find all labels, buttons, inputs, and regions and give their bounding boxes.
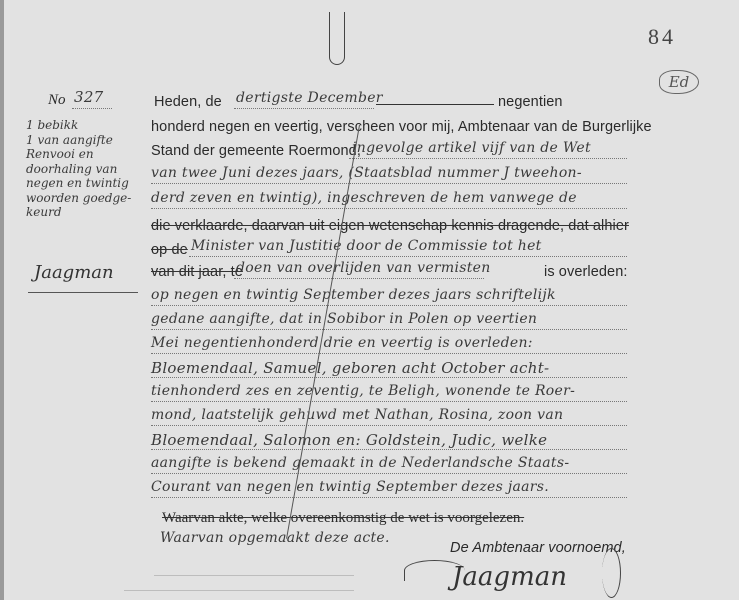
dotted-line (151, 401, 627, 402)
handwritten-text: Waarvan opgemaakt deze acte. (160, 530, 390, 546)
dotted-line (151, 208, 627, 209)
margin-note-line: doorhaling van (26, 162, 131, 177)
fill-line (376, 104, 494, 105)
handwritten-text: Minister van Justitie door de Commissie … (191, 238, 542, 254)
handwritten-text: doen van overlijden van vermisten (236, 260, 491, 276)
dotted-line (151, 377, 627, 378)
signature-flourish (602, 548, 621, 598)
signature-flourish (404, 560, 465, 581)
handwritten-text: Courant van negen en twintig September d… (151, 479, 549, 495)
dotted-line (151, 183, 627, 184)
official-signature: Jaagman (452, 562, 567, 592)
printed-text: Heden, de (154, 94, 222, 110)
handwritten-text: aangifte is bekend gemaakt in de Nederla… (151, 455, 569, 471)
margin-note-line: negen en twintig (26, 176, 131, 191)
handwritten-date: dertigste December (236, 90, 383, 106)
corner-initial-mark: Ed (659, 70, 699, 94)
margin-note-line: woorden goedge- (26, 191, 131, 206)
stamp-mark (329, 12, 345, 65)
margin-underline (28, 292, 138, 293)
printed-text: Stand der gemeente Roermond, (151, 143, 361, 159)
civil-registry-page: 84 Ed No 327 1 bebikk 1 van aangifte Ren… (4, 0, 739, 600)
handwritten-text: derd zeven en twintig), ingeschreven de … (151, 190, 577, 206)
record-label: No (48, 92, 66, 109)
handwritten-text: van twee Juni dezes jaars, (Staatsblad n… (151, 165, 582, 181)
margin-note: 1 bebikk 1 van aangifte Renvooi en doorh… (26, 118, 131, 220)
handwritten-text: Bloemendaal, Samuel, geboren acht Octobe… (151, 359, 549, 377)
dotted-line (151, 473, 627, 474)
dotted-line (151, 449, 627, 450)
handwritten-text: ingevolge artikel vijf van de Wet (352, 140, 591, 156)
record-number-line (72, 108, 112, 109)
handwritten-text: op negen en twintig September dezes jaar… (151, 287, 556, 303)
bleed-through-line (154, 575, 354, 576)
margin-note-line: Renvooi en (26, 147, 131, 162)
official-closing: De Ambtenaar voornoemd, (450, 540, 626, 556)
handwritten-text: Bloemendaal, Salomon en: Goldstein, Judi… (151, 431, 547, 449)
struck-printed-text: die verklaarde, daarvan uit eigen wetens… (151, 218, 629, 234)
dotted-line (234, 278, 484, 279)
handwritten-text: gedane aangifte, dat in Sobibor in Polen… (151, 311, 537, 327)
dotted-line (151, 305, 627, 306)
dotted-line (151, 425, 627, 426)
dotted-line (151, 329, 627, 330)
printed-text: honderd negen en veertig, verscheen voor… (151, 119, 652, 135)
margin-note-line: keurd (26, 205, 131, 220)
dotted-line (234, 108, 374, 109)
struck-printed-text: Waarvan akte, welke overeenkomstig de we… (162, 510, 524, 527)
margin-note-signature: Jaagman (34, 262, 114, 283)
handwritten-text: tienhonderd zes en zeventig, te Beligh, … (151, 383, 575, 399)
margin-note-line: 1 van aangifte (26, 133, 131, 148)
dotted-line (189, 256, 627, 257)
dotted-line (349, 158, 627, 159)
handwritten-text: mond, laatstelijk gehuwd met Nathan, Ros… (151, 407, 563, 423)
struck-printed-text: van dit jaar, te (151, 264, 243, 280)
printed-text: negentien (498, 94, 563, 110)
struck-printed-text: op de (151, 242, 188, 258)
record-number: 327 (74, 88, 104, 106)
margin-note-line: 1 bebikk (26, 118, 131, 133)
printed-text: is overleden: (544, 264, 628, 280)
page-number: 84 (648, 24, 676, 50)
handwritten-text: Mei negentienhonderd drie en veertig is … (151, 335, 533, 351)
dotted-line (151, 497, 627, 498)
bleed-through-line (124, 590, 354, 591)
dotted-line (151, 353, 627, 354)
cancellation-stroke (286, 125, 360, 539)
